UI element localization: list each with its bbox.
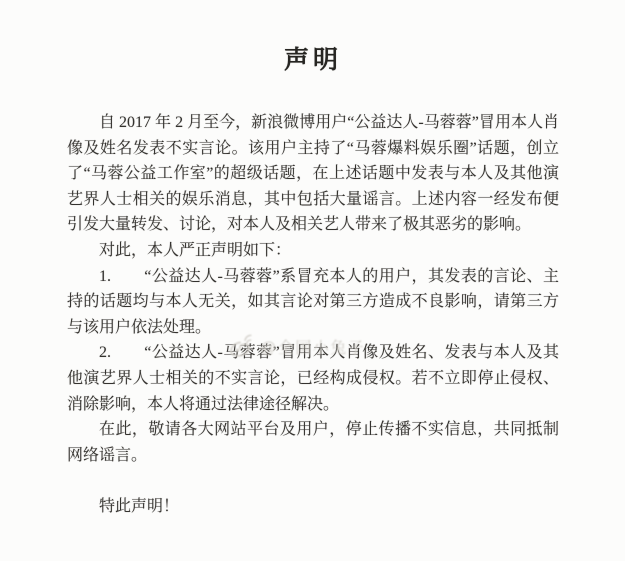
statement-body: 自 2017 年 2 月至今，新浪微博用户“公益达人-马蓉蓉”冒用本人肖像及姓名…: [67, 110, 559, 520]
appeal-paragraph: 在此，敬请各大网站平台及用户，停止传播不实信息，共同抵制网络谣言。: [67, 417, 559, 468]
statement-item-2: 2. “公益达人-马蓉蓉”冒用本人肖像及姓名、发表与本人及其他演艺界人士相关的不…: [67, 340, 559, 417]
closing-line: 特此声明！: [67, 494, 559, 520]
statement-document: 声明 自 2017 年 2 月至今，新浪微博用户“公益达人-马蓉蓉”冒用本人肖像…: [67, 46, 559, 520]
statement-item-1: 1. “公益达人-马蓉蓉”系冒充本人的用户，其发表的言论、主持的话题均与本人无关…: [67, 264, 559, 341]
page-title: 声明: [67, 46, 559, 76]
statement-page: 声明 自 2017 年 2 月至今，新浪微博用户“公益达人-马蓉蓉”冒用本人肖像…: [0, 0, 625, 561]
intro-paragraph: 自 2017 年 2 月至今，新浪微博用户“公益达人-马蓉蓉”冒用本人肖像及姓名…: [67, 110, 559, 238]
declaration-lead-paragraph: 对此，本人严正声明如下：: [67, 238, 559, 264]
